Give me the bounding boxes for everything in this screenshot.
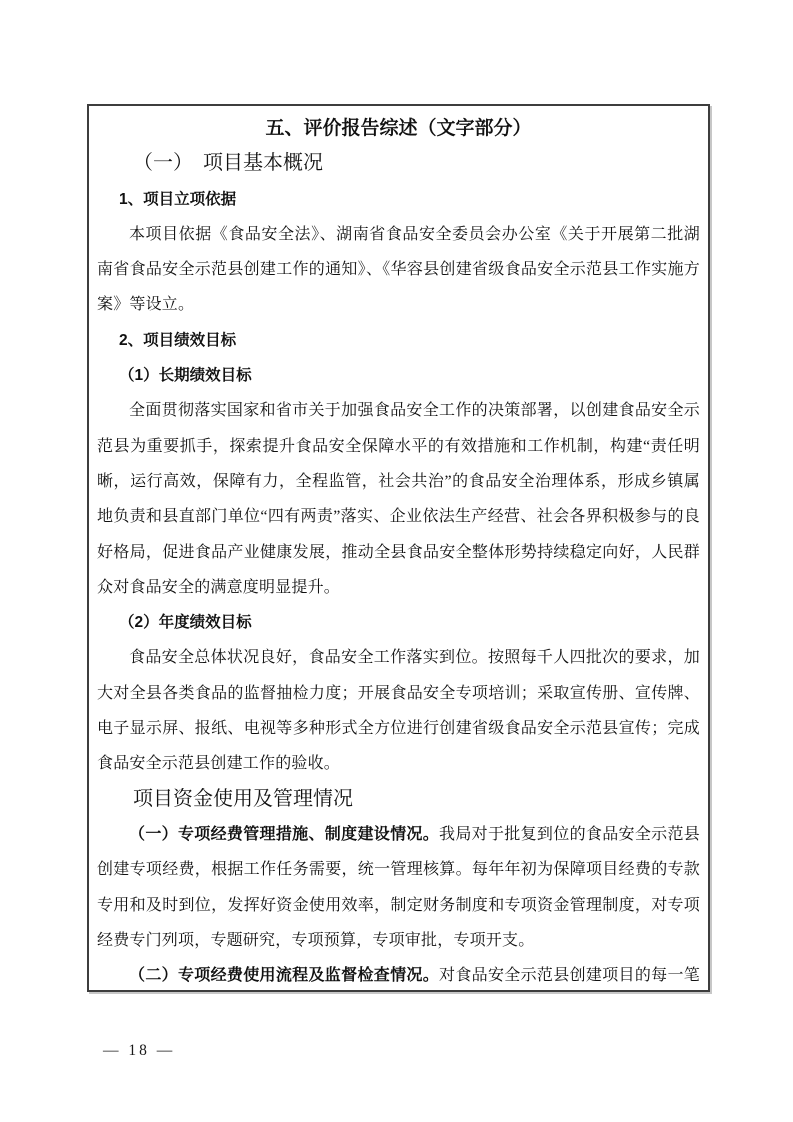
fund-management-lead: （一）专项经费管理措施、制度建设情况。 xyxy=(129,826,439,843)
section-heading-fund-usage: 项目资金使用及管理情况 xyxy=(97,782,700,817)
subheading-performance-goals: 2、项目绩效目标 xyxy=(97,323,700,358)
paragraph-fund-management: （一）专项经费管理措施、制度建设情况。我局对于批复到位的食品安全示范县创建专项经… xyxy=(97,817,700,958)
fund-process-lead: （二）专项经费使用流程及监督检查情况。 xyxy=(129,967,439,984)
subheading-annual-goal: （2）年度绩效目标 xyxy=(97,605,700,640)
paragraph-project-basis: 本项目依据《食品安全法》、湖南省食品安全委员会办公室《关于开展第二批湖南省食品安… xyxy=(97,217,700,323)
paragraph-annual-goal: 食品安全总体状况良好，食品安全工作落实到位。按照每千人四批次的要求，加大对全县各… xyxy=(97,640,700,781)
report-title: 五、评价报告综述（文字部分） xyxy=(97,111,700,146)
fund-management-text: 我局对于批复到位的食品安全示范县创建专项经费，根据工作任务需要，统一管理核算。每… xyxy=(97,826,700,949)
report-content-box: 五、评价报告综述（文字部分） （一） 项目基本概况 1、项目立项依据 本项目依据… xyxy=(87,104,710,992)
subheading-longterm-goal: （1）长期绩效目标 xyxy=(97,358,700,393)
page-number: — 18 — xyxy=(103,1038,175,1064)
paragraph-longterm-goal: 全面贯彻落实国家和省市关于加强食品安全工作的决策部署，以创建食品安全示范县为重要… xyxy=(97,393,700,605)
subheading-project-basis: 1、项目立项依据 xyxy=(97,182,700,217)
section-heading-project-overview: （一） 项目基本概况 xyxy=(97,146,700,181)
paragraph-fund-process: （二）专项经费使用流程及监督检查情况。对食品安全示范县创建项目的每一笔经费在核定… xyxy=(97,958,700,992)
